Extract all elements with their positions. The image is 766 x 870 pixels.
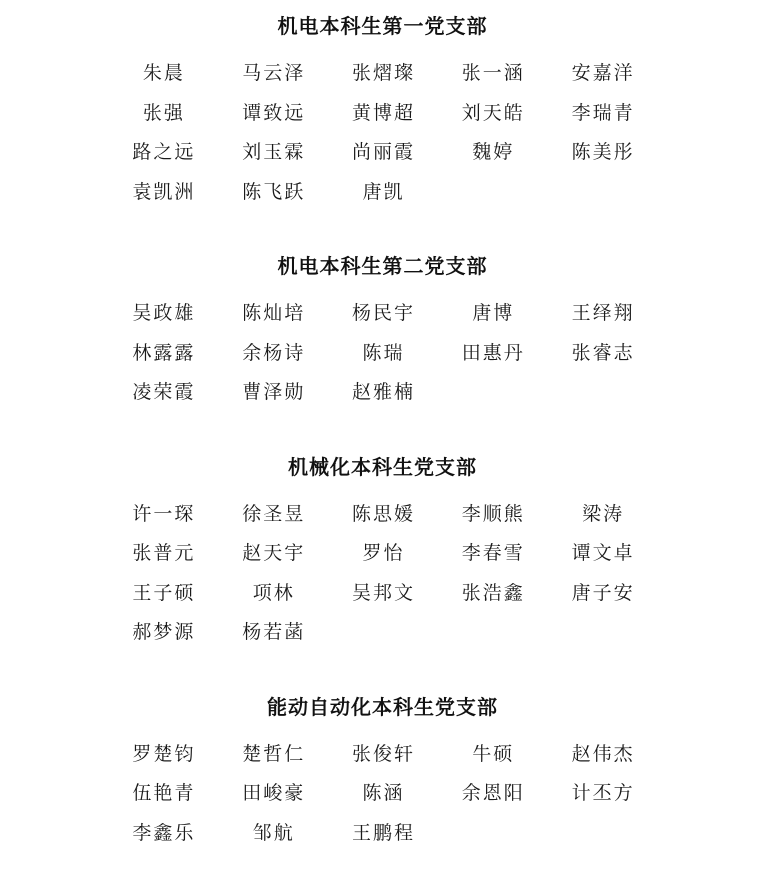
member-grid: 许一琛徐圣昱陈思媛李顺熊梁涛张普元赵天宇罗怡李春雪谭文卓王子硕项林吴邦文张浩鑫唐… bbox=[108, 493, 657, 651]
party-branch-section: 机电本科生第二党支部吴政雄陈灿培杨民宇唐博王绎翔林露露余杨诗陈瑞田惠丹张睿志凌荣… bbox=[0, 254, 766, 411]
member-name: 张强 bbox=[108, 98, 218, 125]
section-title: 机械化本科生党支部 bbox=[108, 455, 657, 481]
member-name: 张睿志 bbox=[547, 338, 657, 365]
member-name: 罗楚钧 bbox=[108, 739, 218, 766]
member-row: 朱晨马云泽张熠璨张一涵安嘉洋 bbox=[108, 52, 657, 92]
member-name: 张俊轩 bbox=[328, 739, 438, 766]
member-name: 唐博 bbox=[437, 298, 547, 325]
member-name: 吴政雄 bbox=[108, 298, 218, 325]
member-name: 邹航 bbox=[218, 818, 328, 845]
member-name: 刘玉霖 bbox=[218, 137, 328, 164]
member-name: 王子硕 bbox=[108, 578, 218, 605]
member-row: 张普元赵天宇罗怡李春雪谭文卓 bbox=[108, 532, 657, 572]
member-name: 谭致远 bbox=[218, 98, 328, 125]
member-name: 黄博超 bbox=[328, 98, 438, 125]
member-name: 马云泽 bbox=[218, 58, 328, 85]
member-name: 张普元 bbox=[108, 538, 218, 565]
member-name: 李顺熊 bbox=[437, 499, 547, 526]
member-name: 李鑫乐 bbox=[108, 818, 218, 845]
member-name: 赵天宇 bbox=[218, 538, 328, 565]
document-body: 机电本科生第一党支部朱晨马云泽张熠璨张一涵安嘉洋张强谭致远黄博超刘天皓李瑞青路之… bbox=[0, 0, 766, 851]
member-name: 张浩鑫 bbox=[437, 578, 547, 605]
member-name: 凌荣霞 bbox=[108, 377, 218, 404]
member-name: 林露露 bbox=[108, 338, 218, 365]
member-row: 伍艳青田峻豪陈涵余恩阳计丕方 bbox=[108, 772, 657, 812]
member-name: 安嘉洋 bbox=[547, 58, 657, 85]
member-row: 吴政雄陈灿培杨民宇唐博王绎翔 bbox=[108, 292, 657, 332]
member-name: 魏婷 bbox=[437, 137, 547, 164]
member-name: 曹泽勋 bbox=[218, 377, 328, 404]
member-name: 唐子安 bbox=[547, 578, 657, 605]
member-name: 田峻豪 bbox=[218, 778, 328, 805]
member-name: 伍艳青 bbox=[108, 778, 218, 805]
member-name: 陈美彤 bbox=[547, 137, 657, 164]
member-name: 许一琛 bbox=[108, 499, 218, 526]
member-name: 陈思媛 bbox=[328, 499, 438, 526]
member-row: 路之远刘玉霖尚丽霞魏婷陈美彤 bbox=[108, 131, 657, 171]
member-name: 项林 bbox=[218, 578, 328, 605]
member-row: 林露露余杨诗陈瑞田惠丹张睿志 bbox=[108, 332, 657, 372]
member-name: 陈飞跃 bbox=[218, 177, 328, 204]
member-name: 刘天皓 bbox=[437, 98, 547, 125]
member-name: 唐凯 bbox=[328, 177, 438, 204]
member-name: 梁涛 bbox=[547, 499, 657, 526]
member-name: 陈灿培 bbox=[218, 298, 328, 325]
member-name: 陈涵 bbox=[328, 778, 438, 805]
member-name: 杨若菡 bbox=[218, 617, 328, 644]
member-name: 张一涵 bbox=[437, 58, 547, 85]
member-name: 吴邦文 bbox=[328, 578, 438, 605]
member-name: 陈瑞 bbox=[328, 338, 438, 365]
member-name: 王鹏程 bbox=[328, 818, 438, 845]
member-name: 谭文卓 bbox=[547, 538, 657, 565]
party-branch-section: 能动自动化本科生党支部罗楚钧楚哲仁张俊轩牛硕赵伟杰伍艳青田峻豪陈涵余恩阳计丕方李… bbox=[0, 695, 766, 852]
member-row: 袁凯洲陈飞跃唐凯 bbox=[108, 171, 657, 211]
member-name: 罗怡 bbox=[328, 538, 438, 565]
member-row: 许一琛徐圣昱陈思媛李顺熊梁涛 bbox=[108, 493, 657, 533]
member-grid: 罗楚钧楚哲仁张俊轩牛硕赵伟杰伍艳青田峻豪陈涵余恩阳计丕方李鑫乐邹航王鹏程 bbox=[108, 733, 657, 852]
section-title: 能动自动化本科生党支部 bbox=[108, 695, 657, 721]
section-title: 机电本科生第一党支部 bbox=[108, 14, 657, 40]
member-name: 尚丽霞 bbox=[328, 137, 438, 164]
member-row: 李鑫乐邹航王鹏程 bbox=[108, 812, 657, 852]
member-row: 郝梦源杨若菡 bbox=[108, 611, 657, 651]
member-grid: 朱晨马云泽张熠璨张一涵安嘉洋张强谭致远黄博超刘天皓李瑞青路之远刘玉霖尚丽霞魏婷陈… bbox=[108, 52, 657, 210]
member-name: 路之远 bbox=[108, 137, 218, 164]
member-name: 赵伟杰 bbox=[547, 739, 657, 766]
member-name: 牛硕 bbox=[437, 739, 547, 766]
member-name: 杨民宇 bbox=[328, 298, 438, 325]
member-grid: 吴政雄陈灿培杨民宇唐博王绎翔林露露余杨诗陈瑞田惠丹张睿志凌荣霞曹泽勋赵雅楠 bbox=[108, 292, 657, 411]
member-name: 赵雅楠 bbox=[328, 377, 438, 404]
member-name: 朱晨 bbox=[108, 58, 218, 85]
member-name: 李春雪 bbox=[437, 538, 547, 565]
member-name: 计丕方 bbox=[547, 778, 657, 805]
member-row: 张强谭致远黄博超刘天皓李瑞青 bbox=[108, 92, 657, 132]
section-title: 机电本科生第二党支部 bbox=[108, 254, 657, 280]
member-name: 田惠丹 bbox=[437, 338, 547, 365]
member-row: 罗楚钧楚哲仁张俊轩牛硕赵伟杰 bbox=[108, 733, 657, 773]
member-name: 余恩阳 bbox=[437, 778, 547, 805]
member-name: 楚哲仁 bbox=[218, 739, 328, 766]
member-name: 王绎翔 bbox=[547, 298, 657, 325]
member-row: 凌荣霞曹泽勋赵雅楠 bbox=[108, 371, 657, 411]
member-name: 袁凯洲 bbox=[108, 177, 218, 204]
member-name: 张熠璨 bbox=[328, 58, 438, 85]
member-name: 李瑞青 bbox=[547, 98, 657, 125]
party-branch-section: 机电本科生第一党支部朱晨马云泽张熠璨张一涵安嘉洋张强谭致远黄博超刘天皓李瑞青路之… bbox=[0, 14, 766, 210]
member-name: 余杨诗 bbox=[218, 338, 328, 365]
member-name: 郝梦源 bbox=[108, 617, 218, 644]
member-name: 徐圣昱 bbox=[218, 499, 328, 526]
member-row: 王子硕项林吴邦文张浩鑫唐子安 bbox=[108, 572, 657, 612]
party-branch-section: 机械化本科生党支部许一琛徐圣昱陈思媛李顺熊梁涛张普元赵天宇罗怡李春雪谭文卓王子硕… bbox=[0, 455, 766, 651]
